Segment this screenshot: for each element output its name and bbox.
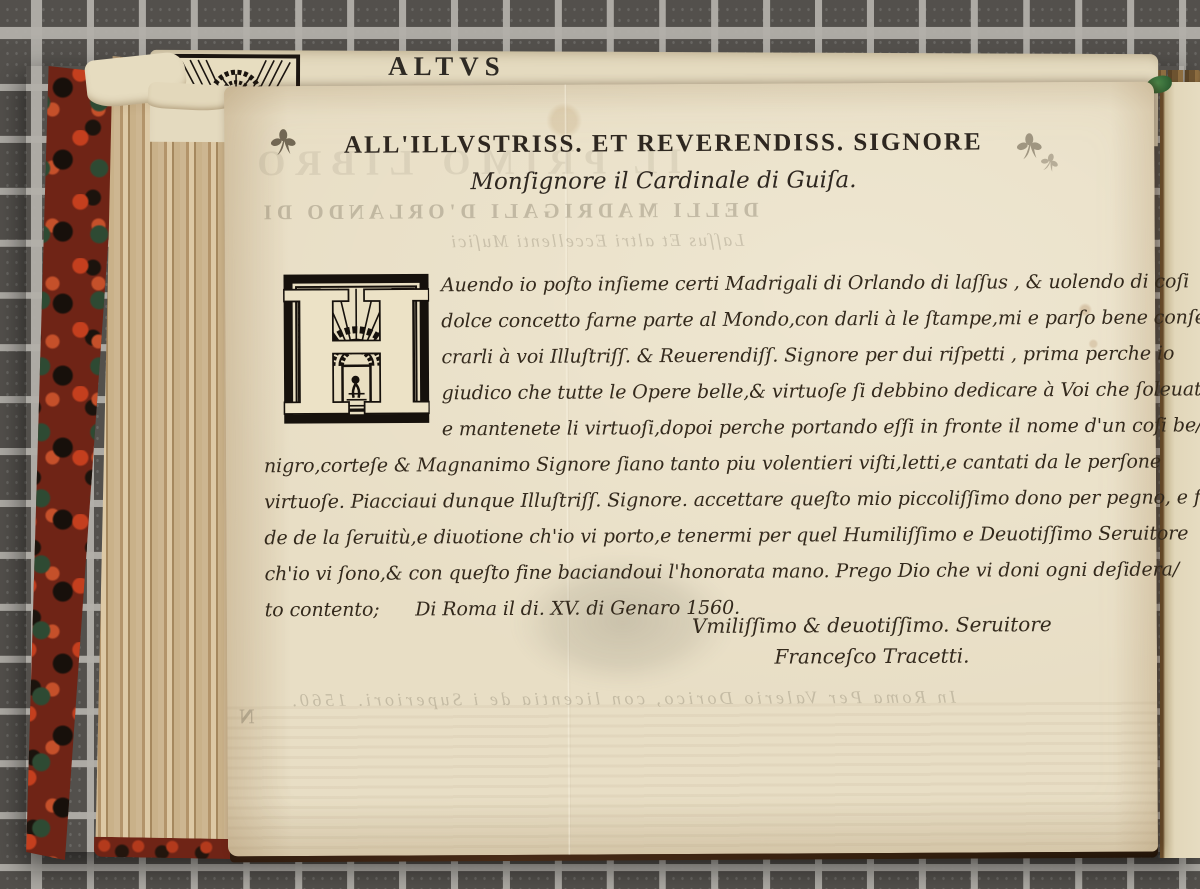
body-line: ch'io vi ſono,& con queſto fine baciando… xyxy=(264,552,1110,592)
dedication-page: IL PRIMO LIBRO DELLI MADRIGALI D'ORLANDO… xyxy=(224,82,1158,857)
dedication-subheading: Monſignore il Cardinale di Guiſa. xyxy=(224,166,1102,197)
body-line: e mantenete li virtuoſi,dopoi perche por… xyxy=(442,408,1110,447)
body-line: virtuoſe. Piacciaui dunque Illuſtriſſ. S… xyxy=(264,480,1110,520)
body-line: de de la ſeruitù,e diuotione ch'io vi po… xyxy=(264,516,1110,556)
facing-page-gutter-sliver xyxy=(1160,82,1200,858)
showthrough-gathering-mark: N xyxy=(239,704,254,729)
dedication-body: Auendo io poſto inſieme certi Madrigali … xyxy=(263,264,1111,628)
body-line: Auendo io poſto inſieme certi Madrigali … xyxy=(441,264,1109,303)
body-line: nigro,corteſe & Magnanimo Signore ſiano … xyxy=(264,444,1110,484)
showthrough-series-line: DELLI MADRIGALI D'ORLANDO DI xyxy=(283,198,759,225)
fleuron-icon xyxy=(1016,132,1042,162)
closing-line: Vmiliſſimo & deuotiſſimo. Seruitore xyxy=(647,612,1097,638)
body-line: crarli à voi Illuſtriſſ. & Reuerendiſſ. … xyxy=(441,336,1109,375)
photo-of-book-on-grid-mat: { "running_title_behind": "ALTVS", "dedi… xyxy=(0,0,1200,889)
closing-signature: Vmiliſſimo & deuotiſſimo. Seruitore Fran… xyxy=(647,612,1097,669)
running-title-altus: ALTVS xyxy=(388,51,506,83)
signature-name: Franceſco Tracetti. xyxy=(647,643,1097,669)
showthrough-composers-line: Laſſus Et altri Eccellenti Muſici xyxy=(407,229,787,252)
dedication-heading: ALL'ILLVSTRISS. ET REVERENDISS. SIGNORE xyxy=(224,128,1102,161)
body-line: dolce concetto farne parte al Mondo,con … xyxy=(441,300,1109,339)
marbled-cover-bottom-left xyxy=(94,837,244,860)
body-line: giudico che tutte le Opere belle,& virtu… xyxy=(442,372,1110,411)
